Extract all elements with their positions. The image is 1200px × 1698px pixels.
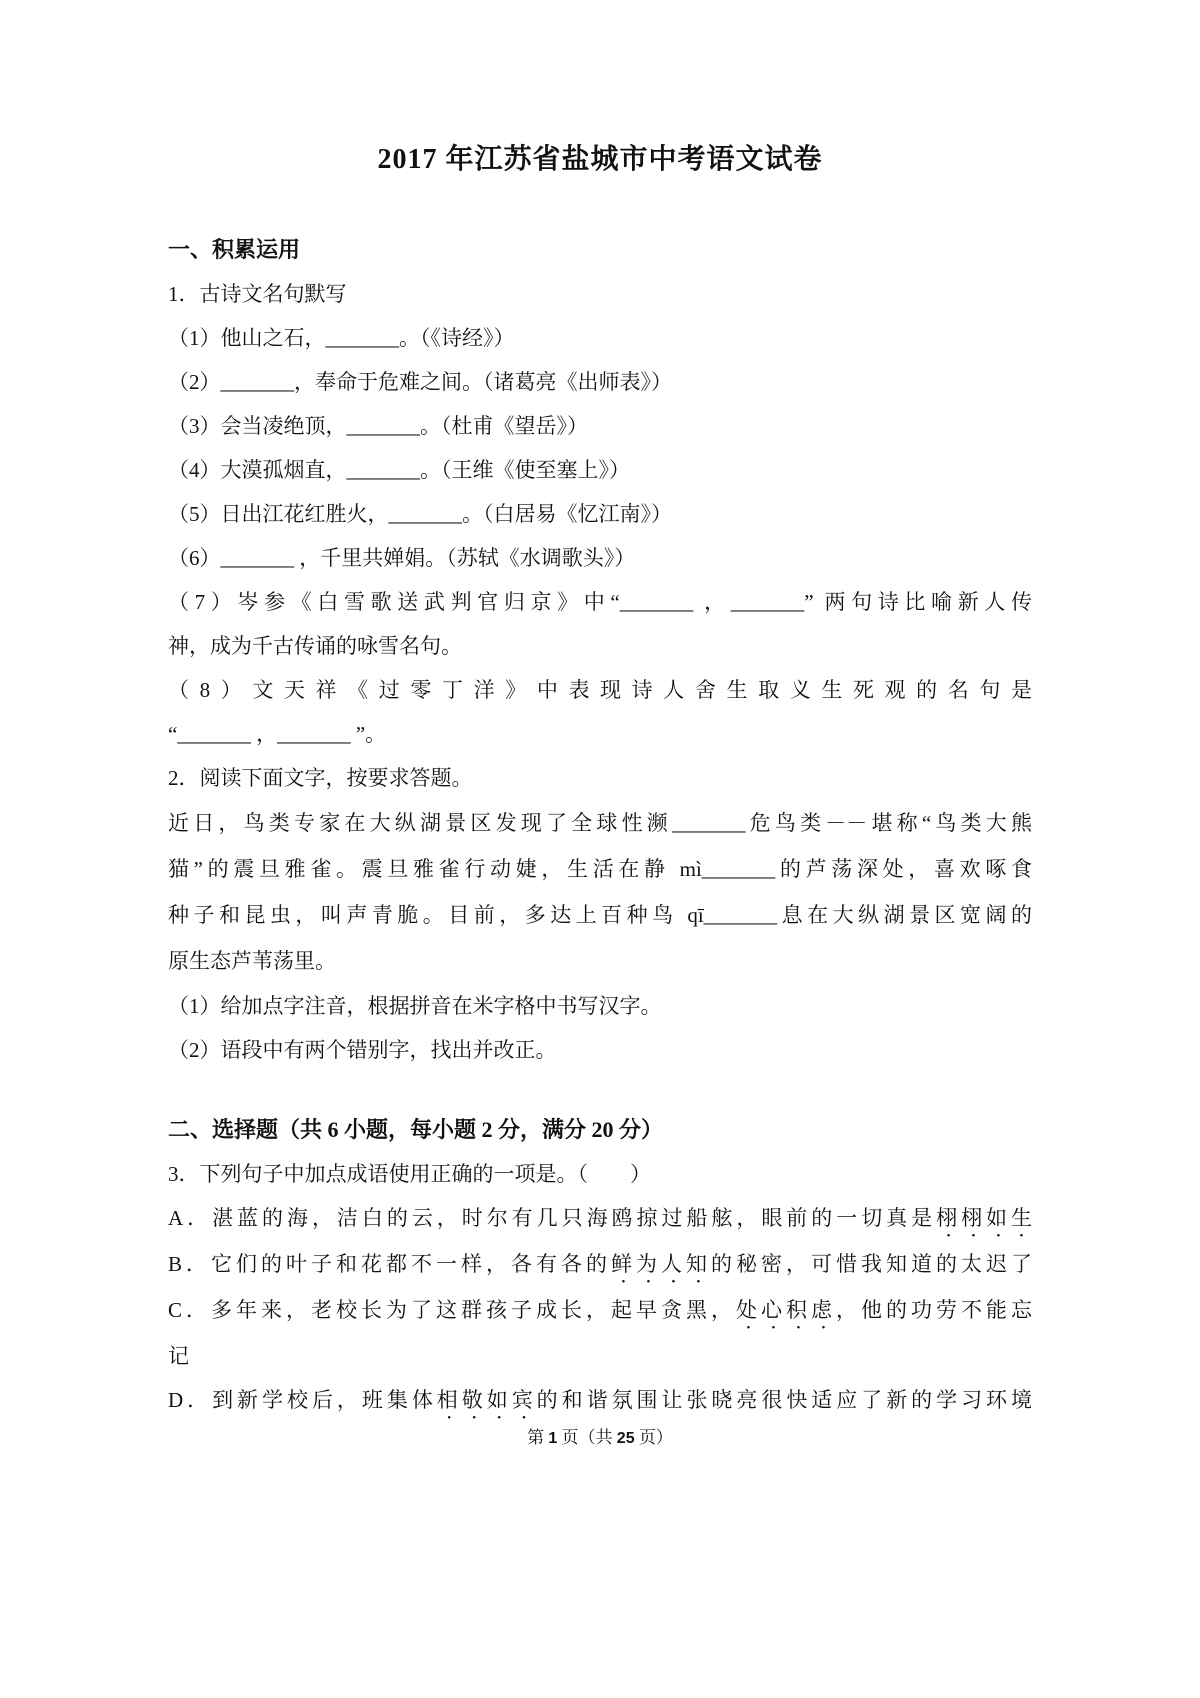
q1-item-3: （3）会当凌绝顶，_______。（杜甫《望岳》） [168,404,1032,448]
q1-item-4: （4）大漠孤烟直，_______。（王维《使至塞上》） [168,448,1032,492]
option-a-emphasized-idiom: 栩栩如生 [936,1206,1032,1230]
q2-stem: 2．阅读下面文字，按要求答题。 [168,756,1032,800]
q2-passage-line3: 种子和昆虫，叫声青脆。目前，多达上百种鸟 qī_______息在大纵湖景区宽阔的 [168,892,1032,938]
section-accumulation: 一、积累运用 1．古诗文名句默写 （1）他山之石，_______。（《诗经》） … [168,228,1032,1072]
option-d-emphasized-idiom: 相敬如宾 [437,1388,537,1412]
q2-passage: 近日，鸟类专家在大纵湖景区发现了全球性濒_______危鸟类－－堪称“鸟类大熊 … [168,800,1032,984]
q3-option-c-continuation: 记 [168,1334,1032,1378]
option-c-text-post: ，他的功劳不能忘 [836,1298,1032,1322]
option-b-text-post: 的秘密，可惜我知道的太迟了 [711,1252,1032,1276]
q3-option-d: D．到新学校后，班集体相敬如宾的和谐氛围让张晓亮很快适应了新的学习环境 [168,1378,1032,1424]
option-d-text: D．到新学校后，班集体 [168,1388,437,1412]
option-b-emphasized-idiom: 鲜为人知 [611,1252,711,1276]
q3-option-a: A．湛蓝的海，洁白的云，时尔有几只海鸥掠过船舷，眼前的一切真是栩栩如生 [168,1196,1032,1242]
page-title: 2017 年江苏省盐城市中考语文试卷 [168,140,1032,180]
q1-item-8-line1: （8）文天祥《过零丁洋》中表现诗人舍生取义生死观的名句是 [168,668,1032,712]
page-content: 2017 年江苏省盐城市中考语文试卷 一、积累运用 1．古诗文名句默写 （1）他… [168,0,1032,1424]
exam-page: 2017 年江苏省盐城市中考语文试卷 一、积累运用 1．古诗文名句默写 （1）他… [0,0,1200,1698]
option-b-text: B．它们的叶子和花都不一样，各有各的 [168,1252,611,1276]
section2-heading: 二、选择题（共 6 小题，每小题 2 分，满分 20 分） [168,1108,1032,1152]
q2-passage-line2: 猫”的震旦雅雀。震旦雅雀行动婕，生活在静 mì_______的芦荡深处，喜欢啄食 [168,846,1032,892]
q3-stem: 3．下列句子中加点成语使用正确的一项是。（ ） [168,1152,1032,1196]
footer-label: 第 [527,1428,548,1447]
q1-item-6: （6）_______ ，千里共婵娟。（苏轼《水调歌头》） [168,536,1032,580]
option-c-emphasized-idiom: 处心积虑 [736,1298,836,1322]
footer-page-number: 1 [548,1430,557,1447]
q3-option-b: B．它们的叶子和花都不一样，各有各的鲜为人知的秘密，可惜我知道的太迟了 [168,1242,1032,1288]
q3-option-c: C．多年来，老校长为了这群孩子成长，起早贪黑，处心积虑，他的功劳不能忘 [168,1288,1032,1334]
q1-stem: 1．古诗文名句默写 [168,272,1032,316]
option-a-text: A．湛蓝的海，洁白的云，时尔有几只海鸥掠过船舷，眼前的一切真是 [168,1206,936,1230]
footer-label-end: 页） [635,1428,673,1447]
option-d-text-post: 的和谐氛围让张晓亮很快适应了新的学习环境 [537,1388,1032,1412]
footer-label-mid: 页（共 [557,1428,617,1447]
q2-passage-line4: 原生态芦苇荡里。 [168,938,1032,984]
q2-sub-1: （1）给加点字注音，根据拼音在米字格中书写汉字。 [168,984,1032,1028]
q1-item-7-line2: 神，成为千古传诵的咏雪名句。 [168,624,1032,668]
q1-item-8-line2: “_______ ，_______ ”。 [168,712,1032,756]
option-c-text: C．多年来，老校长为了这群孩子成长，起早贪黑， [168,1298,736,1322]
q1-item-2: （2）_______，奉命于危难之间。（诸葛亮《出师表》） [168,360,1032,404]
section-multiple-choice: 二、选择题（共 6 小题，每小题 2 分，满分 20 分） 3．下列句子中加点成… [168,1108,1032,1424]
q2-passage-line1: 近日，鸟类专家在大纵湖景区发现了全球性濒_______危鸟类－－堪称“鸟类大熊 [168,800,1032,846]
page-footer: 第 1 页（共 25 页） [0,1424,1200,1453]
q1-item-7-line1: （7）岑参《白雪歌送武判官归京》中“_______ ，_______” 两句诗比… [168,580,1032,624]
q1-item-1: （1）他山之石，_______。（《诗经》） [168,316,1032,360]
footer-total-pages: 25 [617,1430,635,1447]
q1-item-5: （5）日出江花红胜火，_______。（白居易《忆江南》） [168,492,1032,536]
section1-heading: 一、积累运用 [168,228,1032,272]
q2-sub-2: （2）语段中有两个错别字，找出并改正。 [168,1028,1032,1072]
